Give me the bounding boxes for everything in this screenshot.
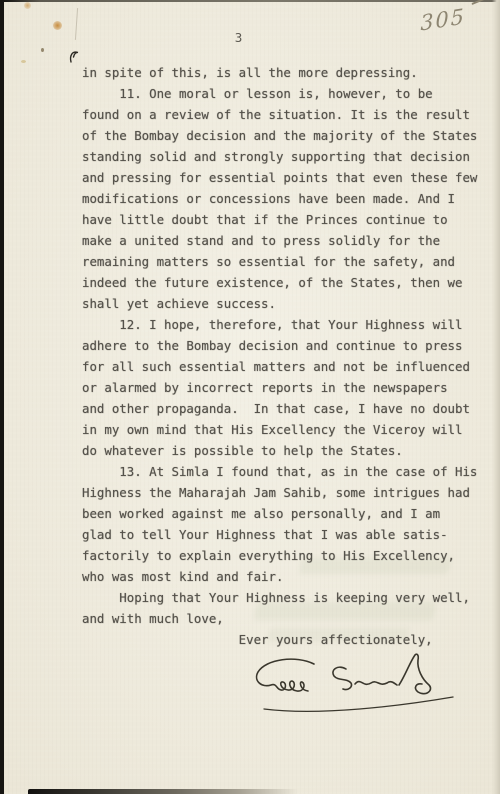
typed-line: and with much love, — [82, 608, 487, 629]
page-number: 3 — [82, 30, 396, 51]
typed-line: for all such essential matters and not b… — [82, 356, 487, 377]
typed-line: have little doubt that if the Princes co… — [82, 209, 487, 230]
folio-number-text: 305 — [420, 4, 466, 35]
typed-line: Highness the Maharajah Jam Sahib, some i… — [82, 482, 487, 503]
typed-line: do whatever is possible to help the Stat… — [82, 440, 487, 461]
typed-line: in my own mind that His Excellency the V… — [82, 419, 487, 440]
scan-edge-left — [0, 0, 4, 794]
paper-fibre-mark — [75, 8, 78, 40]
typed-line: adhere to the Bombay decision and contin… — [82, 335, 487, 356]
scan-edge-right — [492, 0, 500, 794]
typed-line: in spite of this, is all the more depres… — [82, 62, 487, 83]
typed-line: of the Bombay decision and the majority … — [82, 125, 487, 146]
typed-line: indeed the future existence, of the Stat… — [82, 272, 487, 293]
paper-stain — [53, 21, 62, 30]
folio-flourish-mark — [471, 0, 487, 5]
pen-tick-mark — [68, 48, 82, 64]
typed-line: Ever yours affectionately, — [82, 629, 487, 650]
typed-line: or alarmed by incorrect reports in the n… — [82, 377, 487, 398]
typed-line: who was most kind and fair. — [82, 566, 487, 587]
typed-line: remaining matters so essential for the s… — [82, 251, 487, 272]
paper-stain — [41, 48, 44, 52]
typed-line: 13. At Simla I found that, as in the cas… — [82, 461, 487, 482]
typed-line: 11. One moral or lesson is, however, to … — [82, 83, 487, 104]
typed-line: factorily to explain everything to His E… — [82, 545, 487, 566]
scan-edge-top — [0, 0, 500, 2]
typed-line: glad to tell Your Highness that I was ab… — [82, 524, 487, 545]
signature-ganga-singh — [250, 652, 460, 718]
typed-line: Hoping that Your Highness is keeping ver… — [82, 587, 487, 608]
typed-line: and other propaganda. In that case, I ha… — [82, 398, 487, 419]
typed-line: make a united stand and to press solidly… — [82, 230, 487, 251]
paper-stain — [24, 2, 31, 9]
typed-line: and pressing for essential points that e… — [82, 167, 487, 188]
handwritten-folio-number: 305 — [420, 0, 490, 45]
paper-stain — [21, 60, 26, 63]
letter-body: in spite of this, is all the more depres… — [82, 62, 487, 650]
typed-line: been worked against me also personally, … — [82, 503, 487, 524]
typed-line: shall yet achieve success. — [82, 293, 487, 314]
typed-line: modifications or concessions have been m… — [82, 188, 487, 209]
typed-line: found on a review of the situation. It i… — [82, 104, 487, 125]
scan-edge-bottom — [28, 789, 298, 794]
letter-page: 305 3 in spite of this, is all the more … — [0, 0, 500, 794]
typed-line: 12. I hope, therefore, that Your Highnes… — [82, 314, 487, 335]
typed-line: standing solid and strongly supporting t… — [82, 146, 487, 167]
